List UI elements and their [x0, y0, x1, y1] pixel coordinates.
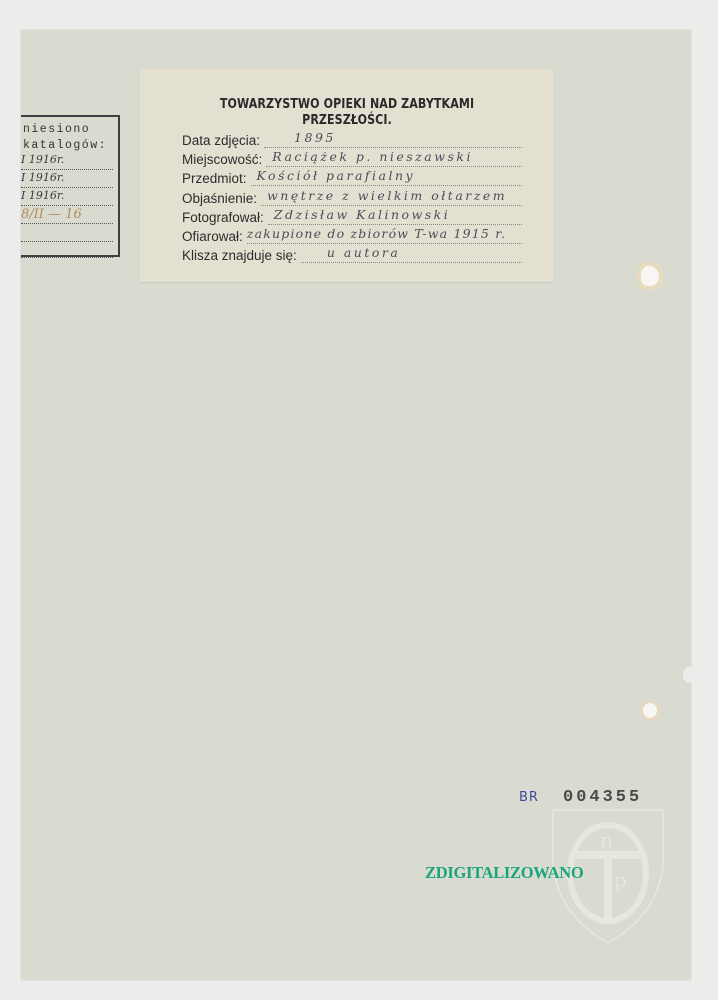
field-value: Zdzisław Kalinowski	[268, 208, 522, 225]
catalog-header-line1: niesiono	[23, 123, 90, 136]
catalog-entry: I 1916r.	[21, 189, 113, 206]
field-donor: Ofiarował: zakupione do zbiorów T-wa 191…	[182, 224, 522, 244]
field-label: Fotografował:	[182, 210, 268, 225]
field-label: Data zdjęcia:	[182, 133, 264, 148]
field-label: Ofiarował:	[182, 229, 247, 244]
field-label: Przedmiot:	[182, 171, 251, 186]
field-label: Miejscowość:	[182, 152, 266, 167]
inventory-prefix: BR	[519, 790, 539, 805]
catalog-entry: I 1916r.	[21, 171, 113, 188]
field-value: zakupione do zbiorów T-wa 1915 r.	[247, 227, 522, 244]
board-edge-notch	[683, 667, 697, 683]
field-location: Miejscowość: Raciążek p. nieszawski	[182, 147, 522, 167]
catalog-entry	[21, 241, 113, 258]
pin-hole-upper	[641, 266, 659, 286]
field-value: Raciążek p. nieszawski	[266, 150, 522, 167]
field-photographer: Fotografował: Zdzisław Kalinowski	[182, 205, 522, 225]
card-title: TOWARZYSTWO OPIEKI NAD ZABYTKAMI PRZESZŁ…	[177, 96, 516, 128]
svg-text:n: n	[600, 828, 613, 852]
field-value: u autora	[301, 246, 522, 263]
catalog-entry	[21, 225, 113, 242]
catalog-entry: I 1916r.	[21, 153, 113, 170]
field-label: Objaśnienie:	[182, 191, 261, 206]
catalog-entry: 8/II — 16	[21, 207, 113, 224]
catalog-box: niesiono katalogów: I 1916r. I 1916r. I …	[21, 115, 120, 257]
pin-hole-lower	[643, 703, 657, 718]
field-value: Kościół parafialny	[251, 169, 522, 186]
field-subject: Przedmiot: Kościół parafialny	[182, 166, 522, 186]
svg-text:p: p	[614, 868, 627, 892]
digitized-stamp: ZDIGITALIZOWANO	[425, 863, 583, 883]
inventory-number: 004355	[563, 788, 642, 807]
field-description: Objaśnienie: wnętrze z wielkim ołtarzem	[182, 186, 522, 206]
field-value: 1895	[264, 131, 522, 148]
catalog-header-line2: katalogów:	[23, 139, 107, 152]
field-photo-date: Data zdjęcia: 1895	[182, 128, 522, 148]
society-label-card: TOWARZYSTWO OPIEKI NAD ZABYTKAMI PRZESZŁ…	[140, 69, 554, 282]
field-label: Klisza znajduje się:	[182, 248, 301, 263]
field-negative-location: Klisza znajduje się: u autora	[182, 243, 522, 263]
field-value: wnętrze z wielkim ołtarzem	[261, 189, 522, 206]
